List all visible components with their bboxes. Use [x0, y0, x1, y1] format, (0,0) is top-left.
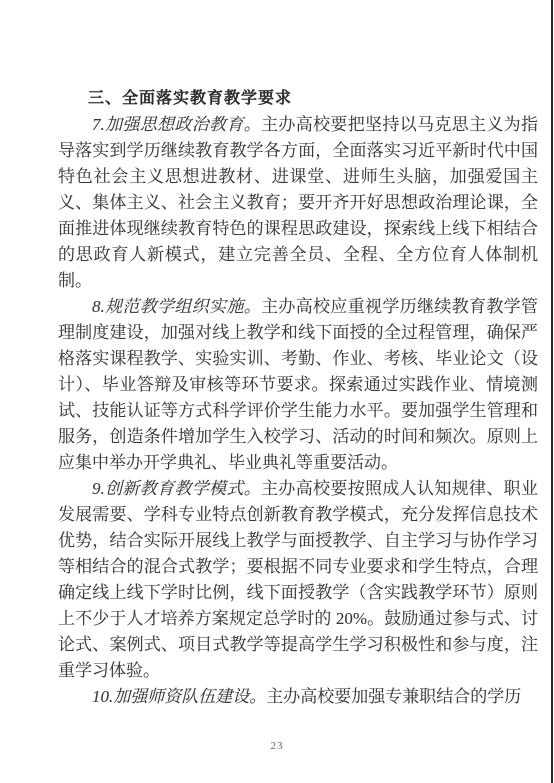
- paragraph-9: 9.创新教育教学模式。主办高校要按照成人认知规律、职业发展需要、学科专业特点创新…: [58, 476, 538, 684]
- paragraph-7-text: 主办高校要把坚持以马克思主义为指导落实到学历继续教育教学各方面，全面落实习近平新…: [58, 115, 538, 290]
- paragraph-8-lead: 8.规范教学组织实施。: [92, 297, 261, 316]
- page-number: 23: [0, 740, 554, 752]
- paragraph-9-text: 主办高校要按照成人认知规律、职业发展需要、学科专业特点创新教育教学模式，充分发挥…: [58, 479, 538, 680]
- paragraph-8: 8.规范教学组织实施。主办高校应重视学历继续教育教学管理制度建设，加强对线上教学…: [58, 294, 538, 476]
- paragraph-10: 10.加强师资队伍建设。主办高校要加强专兼职结合的学历: [58, 684, 538, 710]
- paragraph-9-lead: 9.创新教育教学模式。: [92, 479, 261, 498]
- paragraph-10-lead: 10.加强师资队伍建设。: [92, 687, 266, 706]
- paragraph-7-lead: 7.加强思想政治教育。: [92, 115, 261, 134]
- paragraph-7: 7.加强思想政治教育。主办高校要把坚持以马克思主义为指导落实到学历继续教育教学各…: [58, 112, 538, 294]
- section-heading: 三、全面落实教育教学要求: [58, 86, 538, 112]
- document-page: 三、全面落实教育教学要求 7.加强思想政治教育。主办高校要把坚持以马克思主义为指…: [0, 0, 554, 783]
- document-content: 三、全面落实教育教学要求 7.加强思想政治教育。主办高校要把坚持以马克思主义为指…: [58, 86, 538, 710]
- paragraph-10-text: 主办高校要加强专兼职结合的学历: [266, 687, 521, 706]
- scan-edge-line: [551, 0, 553, 783]
- paragraph-8-text: 主办高校应重视学历继续教育教学管理制度建设，加强对线上教学和线下面授的全过程管理…: [58, 297, 538, 472]
